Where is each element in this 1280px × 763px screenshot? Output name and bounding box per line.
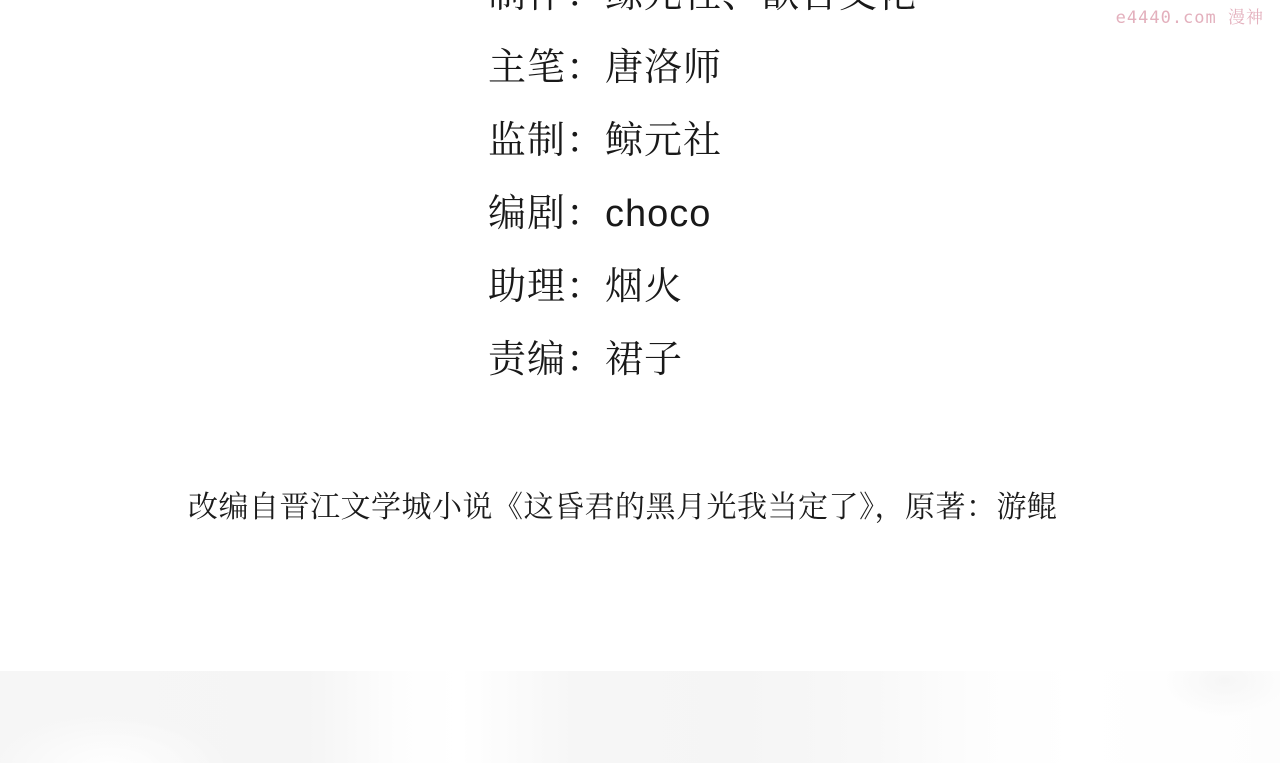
- next-panel-artwork-sliver: [0, 671, 1280, 763]
- credit-line-editor: 责编：裙子: [488, 338, 683, 382]
- adaptation-source-note: 改编自晋江文学城小说《这昏君的黑月光我当定了》，原著：游鲲: [188, 490, 1058, 526]
- credit-line-screenwriter: 编剧：choco: [488, 192, 711, 236]
- credit-line-supervisor: 监制：鲸元社: [488, 119, 722, 163]
- credit-line-assistant: 助理：烟火: [488, 265, 683, 309]
- site-watermark: e4440.com 漫神: [1116, 3, 1264, 28]
- credit-line-lead-artist: 主笔：唐洛师: [488, 46, 722, 90]
- comic-credits-page: e4440.com 漫神 制作：鲸元社、歆合文化 主笔：唐洛师 监制：鲸元社 编…: [0, 0, 1280, 763]
- credit-line-production: 制作：鲸元社、歆合文化: [488, 0, 917, 17]
